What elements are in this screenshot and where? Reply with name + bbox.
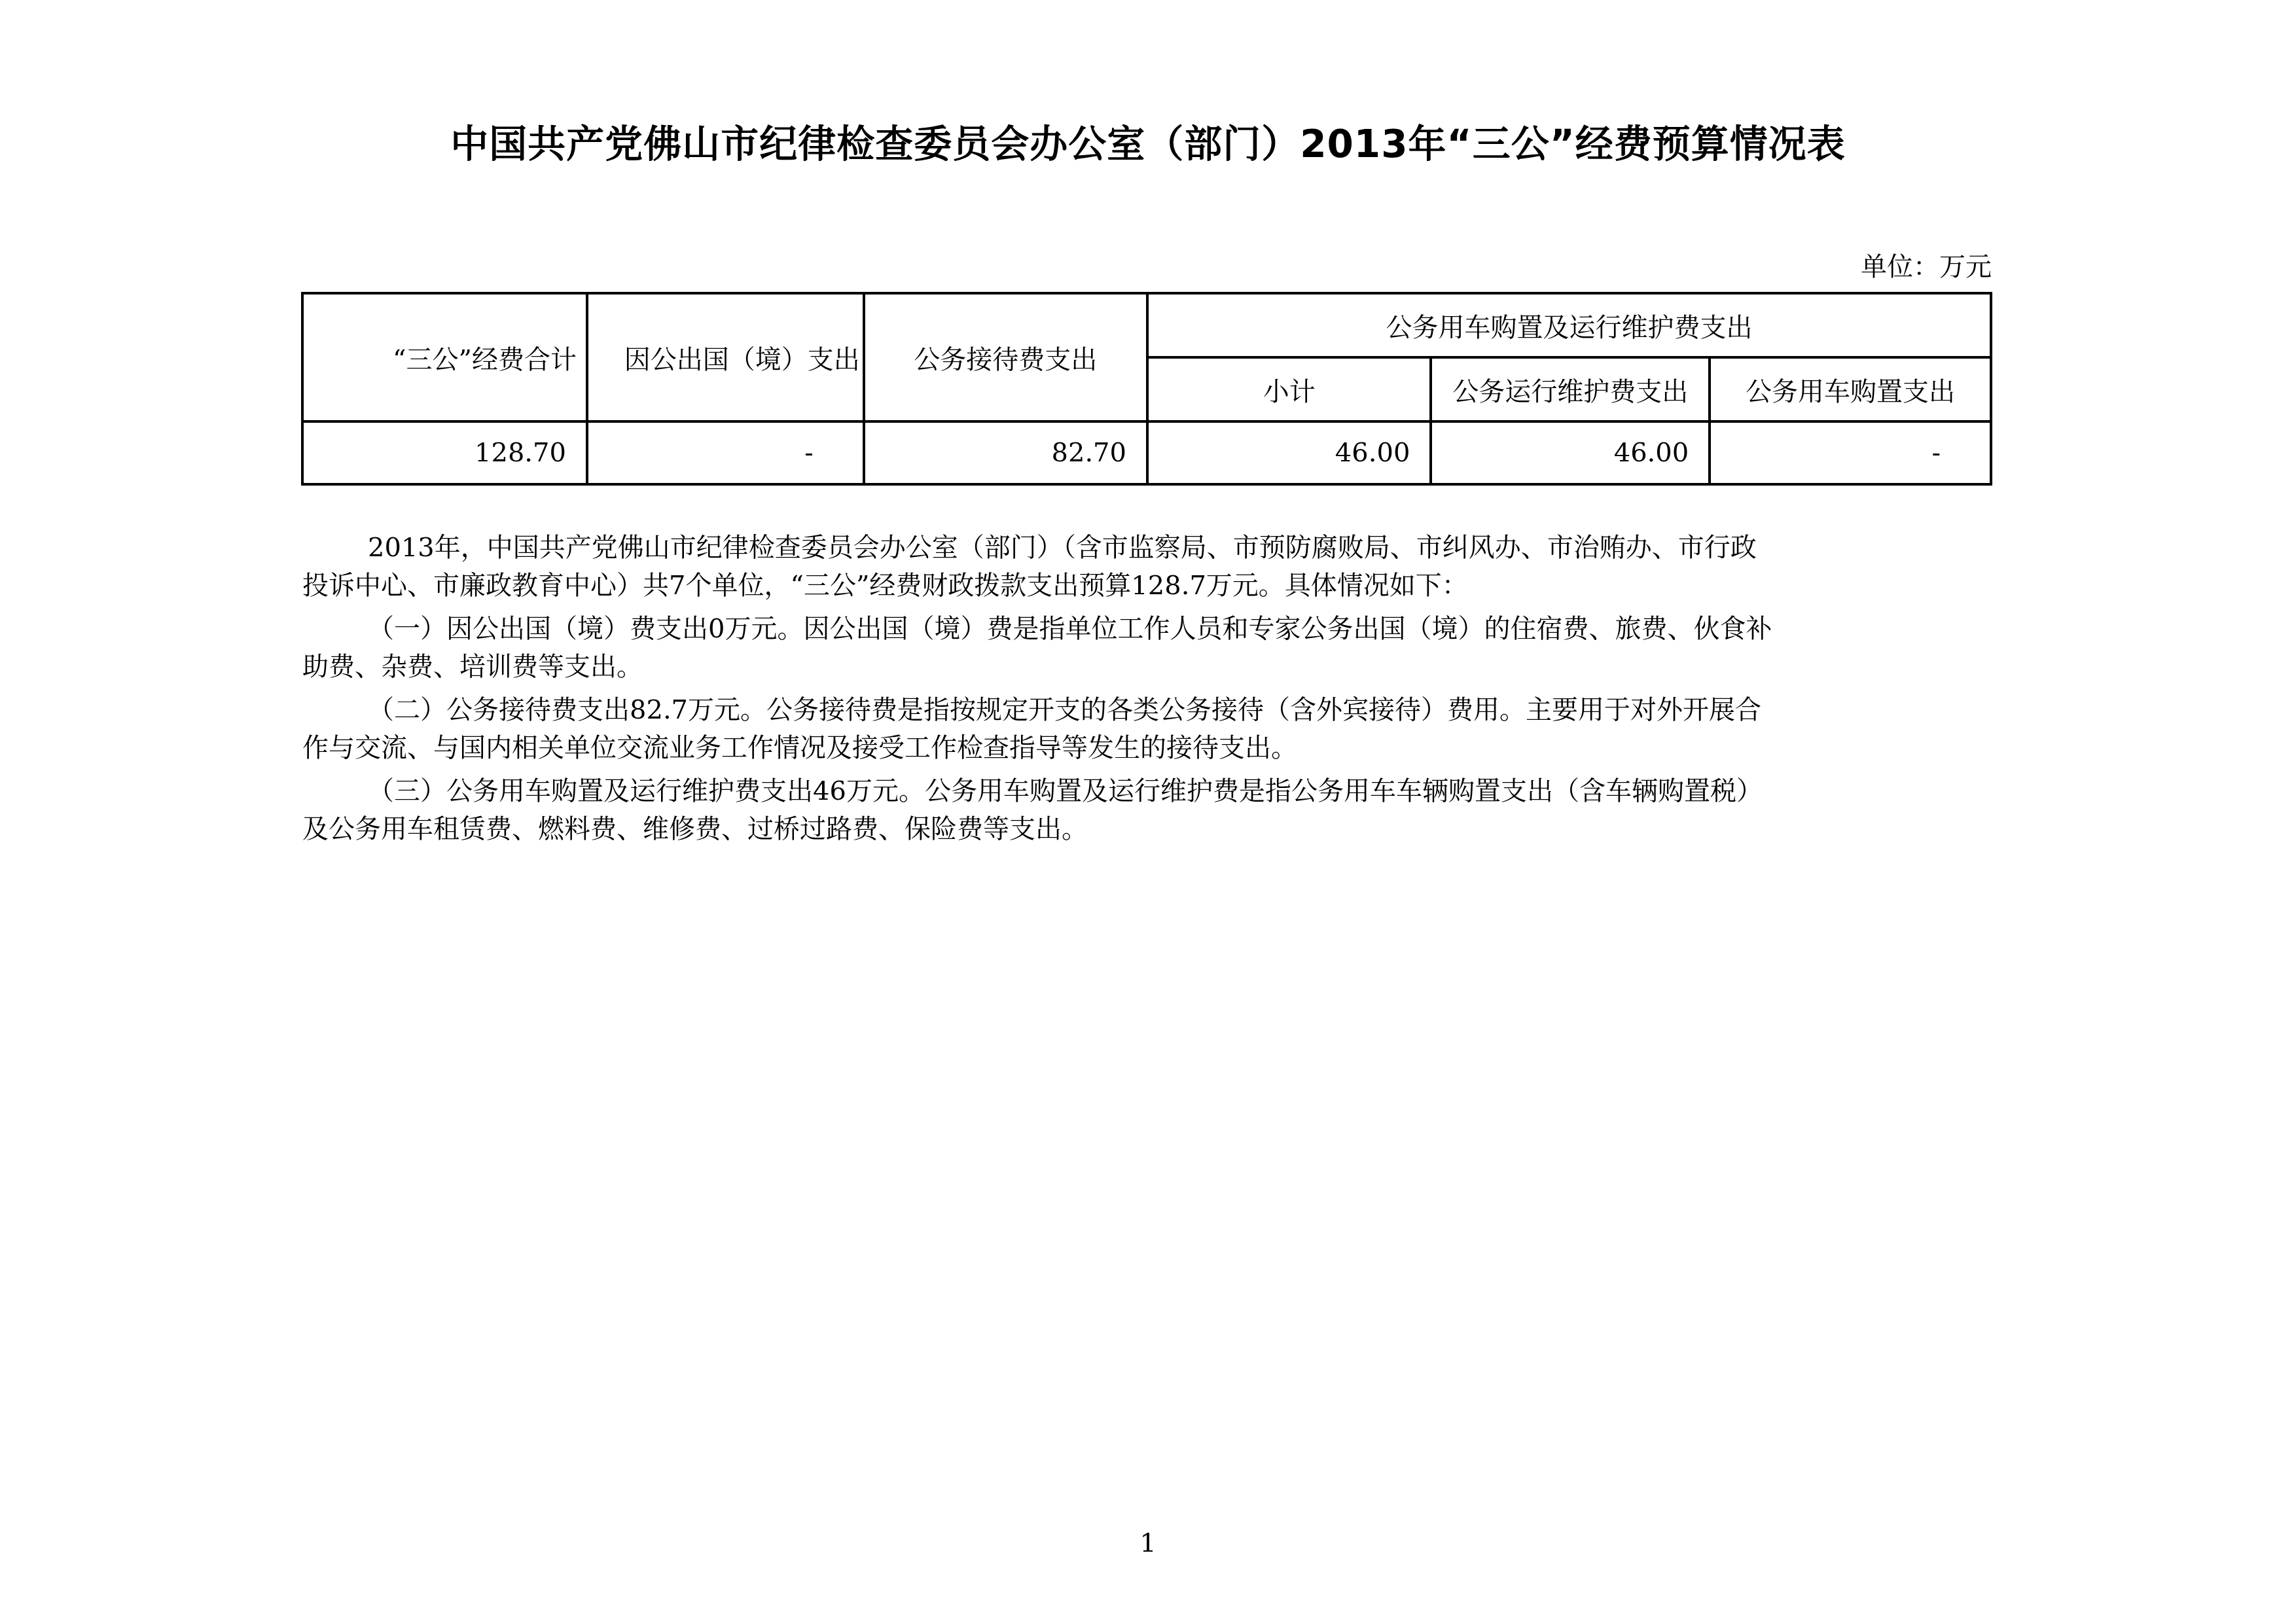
header-total: “三公”经费合计 xyxy=(302,293,587,421)
unit-label: 单位：万元 xyxy=(1861,247,1992,287)
document-title: 中国共产党佛山市纪律检查委员会办公室（部门）2013年“三公”经费预算情况表 xyxy=(0,118,2296,170)
paragraph-line: 2013年，中国共产党佛山市纪律检查委员会办公室（部门）（含市监察局、市预防腐败… xyxy=(368,533,1757,563)
paragraph-vehicle: （三）公务用车购置及运行维护费支出46万元。公务用车购置及运行维护费是指公务用车… xyxy=(302,772,1978,848)
paragraph-overseas: （一）因公出国（境）费支出0万元。因公出国（境）费是指单位工作人员和专家公务出国… xyxy=(302,610,1978,686)
table-header-row: “三公”经费合计 因公出国（境）支出 公务接待费支出 公务用车购置及运行维护费支… xyxy=(302,293,1991,357)
paragraph-intro: 2013年，中国共产党佛山市纪律检查委员会办公室（部门）（含市监察局、市预防腐败… xyxy=(302,529,1978,605)
cell-vehicle-operation: 46.00 xyxy=(1431,421,1710,484)
paragraph-line: （二）公务接待费支出82.7万元。公务接待费是指按规定开支的各类公务接待（含外宾… xyxy=(368,695,1761,725)
cell-reception: 82.70 xyxy=(864,421,1147,484)
paragraph-line: 投诉中心、市廉政教育中心）共7个单位，“三公”经费财政拨款支出预算128.7万元… xyxy=(302,567,1978,605)
budget-table: “三公”经费合计 因公出国（境）支出 公务接待费支出 公务用车购置及运行维护费支… xyxy=(301,292,1992,486)
paragraph-line: 作与交流、与国内相关单位交流业务工作情况及接受工作检查指导等发生的接待支出。 xyxy=(302,729,1978,767)
paragraph-line: （一）因公出国（境）费支出0万元。因公出国（境）费是指单位工作人员和专家公务出国… xyxy=(368,614,1772,644)
header-vehicle-subtotal: 小计 xyxy=(1147,357,1431,421)
table-row: 128.70 - 82.70 46.00 46.00 - xyxy=(302,421,1991,484)
cell-total: 128.70 xyxy=(302,421,587,484)
header-reception: 公务接待费支出 xyxy=(864,293,1147,421)
paragraph-line: 及公务用车租赁费、燃料费、维修费、过桥过路费、保险费等支出。 xyxy=(302,810,1978,848)
paragraph-line: 助费、杂费、培训费等支出。 xyxy=(302,648,1978,686)
paragraph-reception: （二）公务接待费支出82.7万元。公务接待费是指按规定开支的各类公务接待（含外宾… xyxy=(302,691,1978,767)
header-vehicle-group: 公务用车购置及运行维护费支出 xyxy=(1147,293,1991,357)
paragraph-line: （三）公务用车购置及运行维护费支出46万元。公务用车购置及运行维护费是指公务用车… xyxy=(368,776,1763,806)
cell-vehicle-purchase: - xyxy=(1710,421,1991,484)
header-vehicle-purchase: 公务用车购置支出 xyxy=(1710,357,1991,421)
cell-overseas: - xyxy=(587,421,864,484)
header-vehicle-operation: 公务运行维护费支出 xyxy=(1431,357,1710,421)
page-number: 1 xyxy=(0,1528,2296,1558)
header-overseas: 因公出国（境）支出 xyxy=(587,293,864,421)
cell-vehicle-subtotal: 46.00 xyxy=(1147,421,1431,484)
